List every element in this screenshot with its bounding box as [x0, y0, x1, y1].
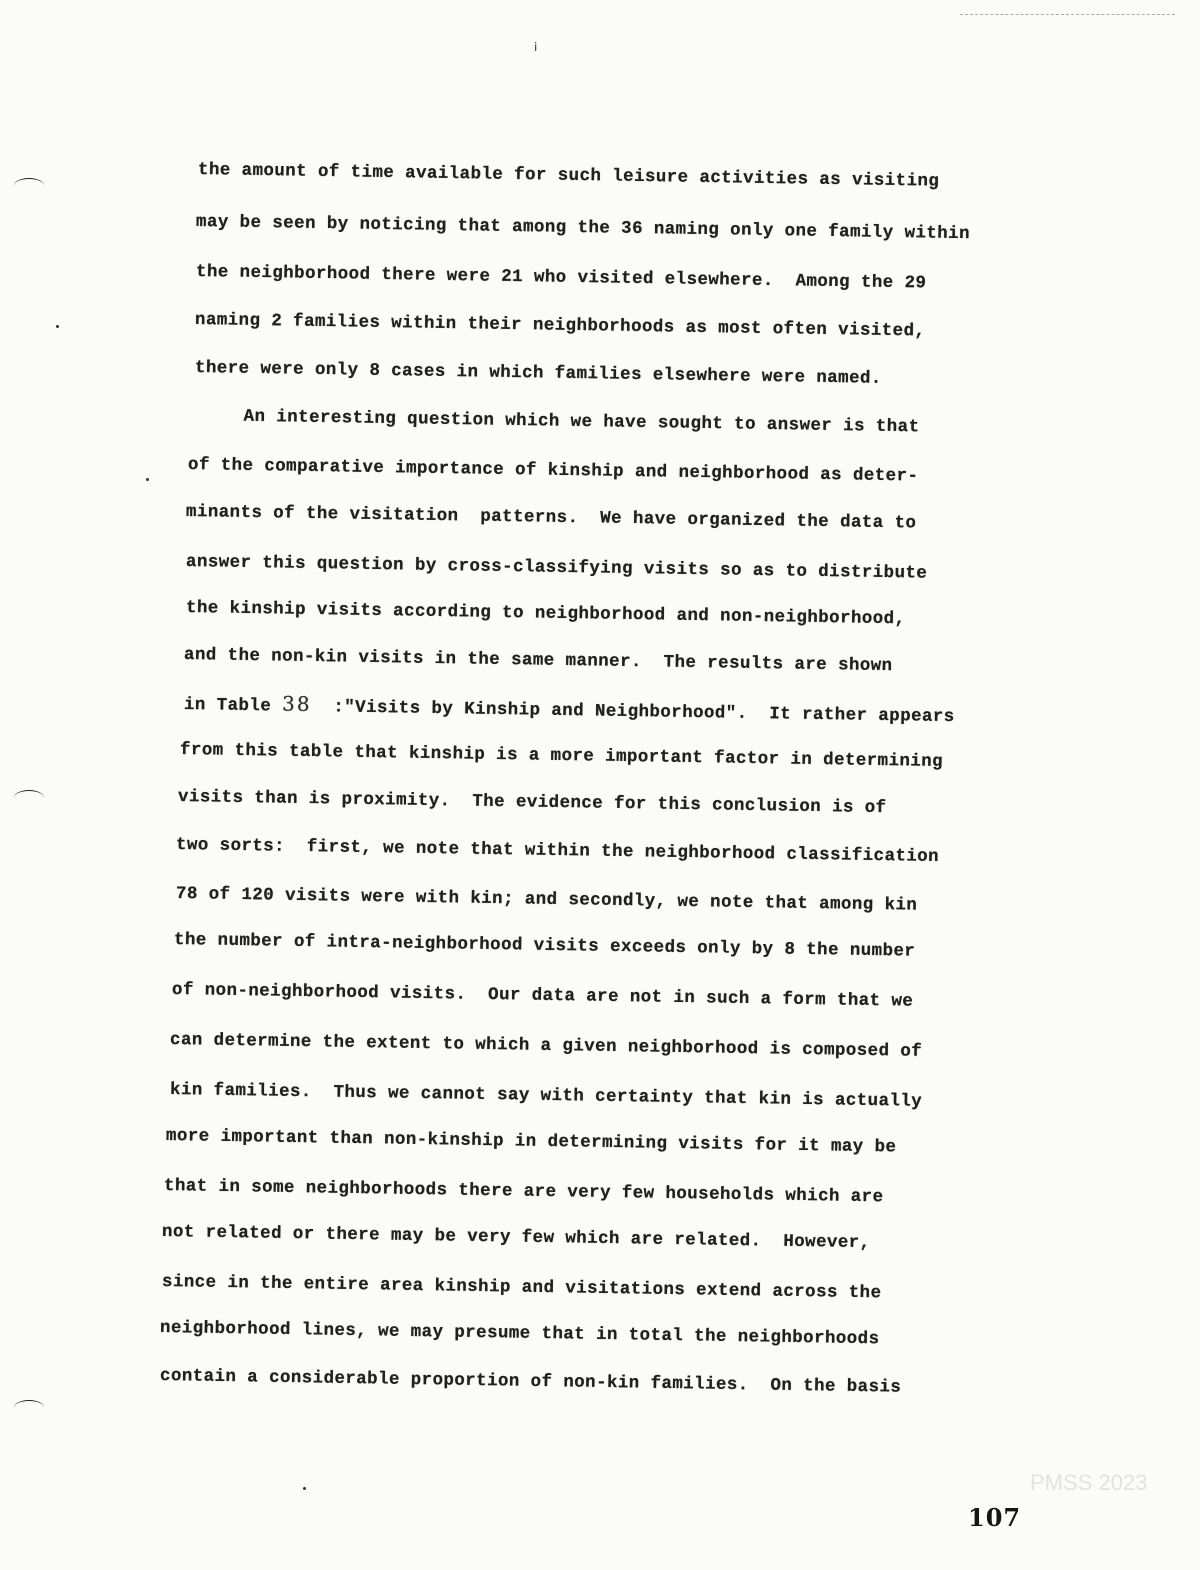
text-line: of non-neighborhood visits. Our data are…: [172, 980, 914, 1012]
text-line: An interesting question which we have so…: [200, 406, 920, 437]
text-line: not related or there may be very few whi…: [162, 1222, 871, 1253]
text-line: the kinship visits according to neighbor…: [186, 598, 906, 629]
text-line: since in the entire area kinship and vis…: [162, 1272, 882, 1303]
text-line: answer this question by cross-classifyin…: [186, 552, 928, 584]
text-line: neighborhood lines, we may presume that …: [160, 1318, 880, 1349]
text-line: :"Visits by Kinship and Neighborhood". I…: [311, 697, 954, 727]
text-line: two sorts: first, we note that within th…: [176, 835, 939, 867]
document-page: ⅰ the amount of time available for such …: [0, 0, 1200, 1570]
text-line: contain a considerable proportion of non…: [160, 1366, 902, 1398]
text-line: visits than is proximity. The evidence f…: [178, 787, 887, 818]
text-line: more important than non-kinship in deter…: [166, 1126, 897, 1157]
text-line: that in some neighborhoods there are ver…: [164, 1176, 884, 1207]
text-line: in Table: [184, 695, 282, 717]
text-line: the neighborhood there were 21 who visit…: [196, 262, 927, 293]
text-line: minants of the visitation patterns. We h…: [186, 502, 917, 533]
text-line: may be seen by noticing that among the 3…: [196, 212, 970, 244]
scan-speck: [303, 1487, 306, 1490]
scan-speck: [56, 325, 59, 328]
page-number: 107: [968, 1503, 1021, 1532]
text-line: kin families. Thus we cannot say with ce…: [170, 1080, 922, 1112]
text-line: naming 2 families within their neighborh…: [195, 310, 926, 341]
top-mark: ⅰ: [534, 40, 537, 55]
handwritten-table-number: 38: [282, 692, 312, 716]
text-line: there were only 8 cases in which familie…: [195, 358, 882, 389]
text-line: the number of intra-neighborhood visits …: [174, 930, 916, 962]
binder-hole-icon: [14, 178, 44, 193]
binder-hole-icon: [14, 1400, 44, 1415]
scan-speck: [146, 478, 149, 481]
text-line: 78 of 120 visits were with kin; and seco…: [176, 884, 918, 916]
scan-edge-rule: [960, 14, 1175, 15]
text-line: can determine the extent to which a give…: [170, 1030, 922, 1062]
text-line: from this table that kinship is a more i…: [180, 740, 943, 772]
watermark: PMSS 2023: [1030, 1470, 1147, 1496]
text-line: the amount of time available for such le…: [198, 160, 940, 192]
text-line: of the comparative importance of kinship…: [188, 455, 919, 486]
table-reference-line: in Table 38 :"Visits by Kinship and Neig…: [184, 690, 955, 727]
text-line: and the non-kin visits in the same manne…: [184, 645, 893, 676]
binder-hole-icon: [14, 790, 44, 805]
